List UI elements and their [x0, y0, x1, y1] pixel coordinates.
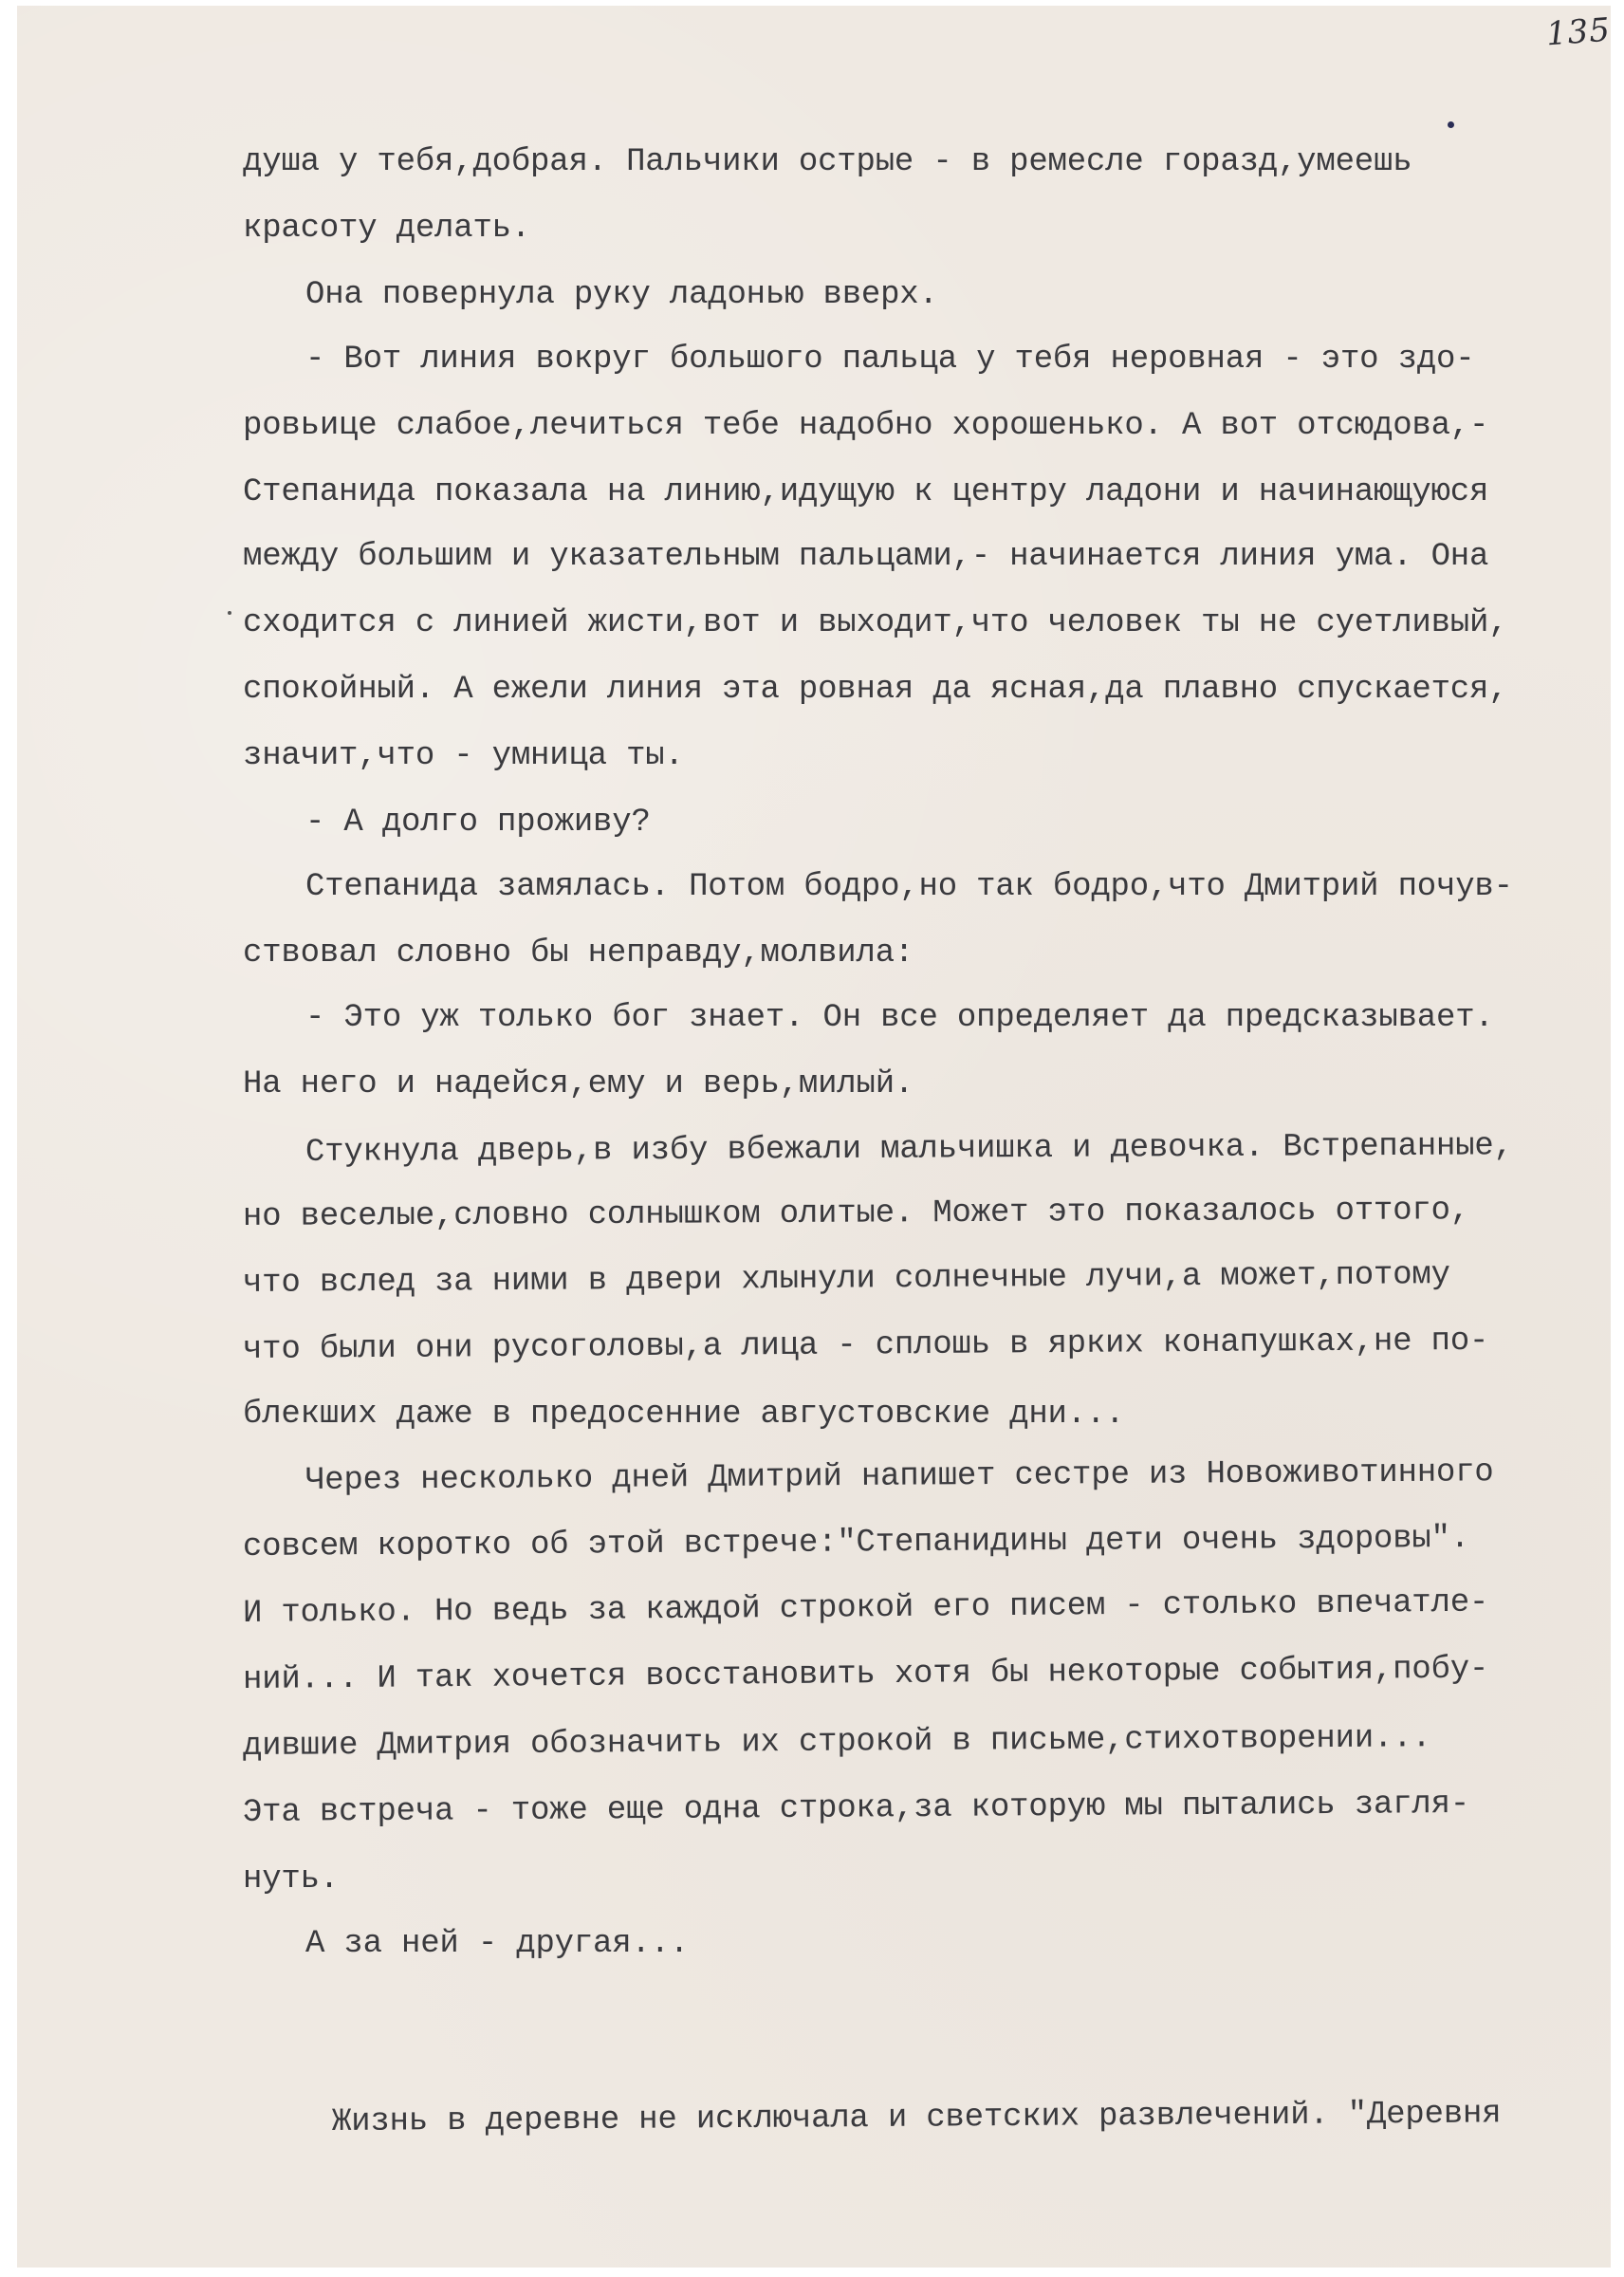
text-line: ствовал словно бы неправду,молвила: — [243, 935, 913, 972]
document-body: душа у тебя,добрая. Пальчики острые - в … — [0, 0, 1624, 2277]
text-line: На него и надейся,ему и верь,милый. — [243, 1066, 913, 1102]
text-line: дившие Дмитрия обозначить их строкой в п… — [243, 1720, 1431, 1765]
text-line: блекших даже в предосенние августовские … — [243, 1397, 1124, 1433]
text-line: Через несколько дней Дмитрий напишет сес… — [305, 1454, 1494, 1499]
text-line: Она повернула руку ладонью вверх. — [305, 277, 938, 313]
text-line: Жизнь в деревне не исключала и светских … — [332, 2096, 1502, 2140]
text-line: А за ней - другая... — [305, 1926, 689, 1962]
text-line: значит,что - умница ты. — [243, 738, 684, 774]
text-line: совсем коротко об этой встрече:"Степанид… — [243, 1521, 1469, 1565]
text-line: но веселые,словно солнышком олитые. Може… — [243, 1193, 1469, 1235]
text-line: нуть. — [243, 1861, 339, 1897]
text-line: душа у тебя,добрая. Пальчики острые - в … — [243, 144, 1569, 180]
text-line: - Вот линия вокруг большого пальца у теб… — [305, 342, 1474, 378]
text-line: - А долго проживу? — [305, 805, 651, 841]
text-line: ровьице слабое,лечиться тебе надобно хор… — [243, 408, 1488, 444]
text-line: И только. Но ведь за каждой строкой его … — [243, 1585, 1489, 1632]
text-line: что вслед за ними в двери хлынули солнеч… — [243, 1257, 1450, 1302]
text-line: красоту делать. — [243, 211, 530, 247]
text-line: между большим и указательным пальцами,- … — [243, 539, 1488, 575]
text-line: что были они русоголовы,а лица - сплошь … — [243, 1324, 1488, 1368]
text-line: Стукнула дверь,в избу вбежали мальчишка … — [305, 1128, 1513, 1171]
text-line: - Это уж только бог знает. Он все опреде… — [305, 1000, 1494, 1036]
text-line: ний... И так хочется восстановить хотя б… — [243, 1652, 1489, 1698]
text-line: спокойный. А ежели линия эта ровная да я… — [243, 672, 1507, 708]
text-line: Эта встреча - тоже еще одна строка,за ко… — [243, 1786, 1469, 1831]
text-line: Степанида замялась. Потом бодро,но так б… — [305, 869, 1513, 905]
text-line: сходится с линией жисти,вот и выходит,чт… — [243, 605, 1507, 641]
text-line: Степанида показала на линию,идущую к цен… — [243, 474, 1488, 510]
